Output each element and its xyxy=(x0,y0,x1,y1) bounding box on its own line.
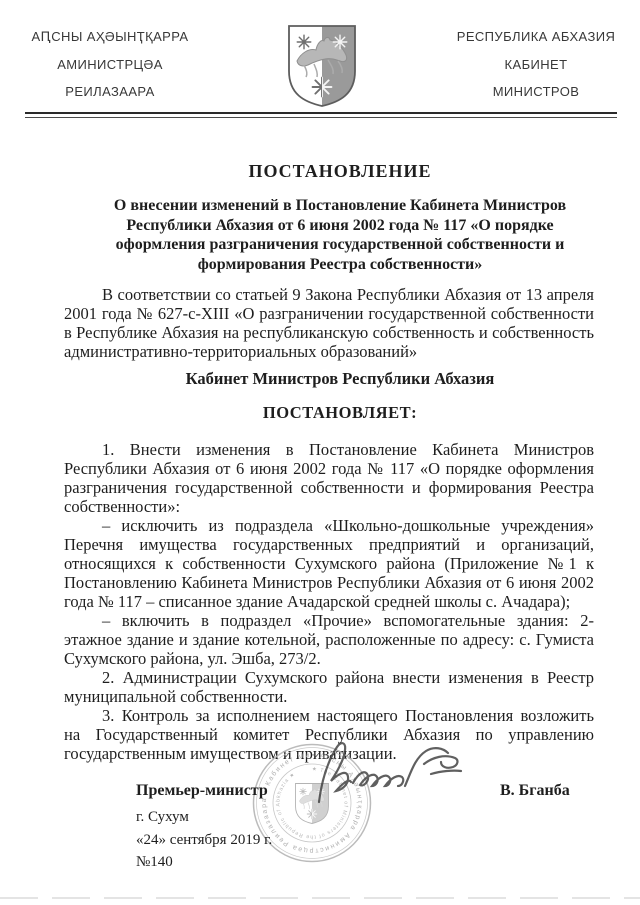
signer-name: В. Бганба xyxy=(500,782,570,800)
resolution-item-1b: – включить в подраздел «Прочие» вспомога… xyxy=(64,611,594,668)
signature-scribble xyxy=(293,726,478,816)
letterhead-abkhazian: АԤСНЫ АҲӘЫНҬҚАРРА АМИНИСТРЦӘА РЕИЛАЗААРА xyxy=(22,29,198,112)
preamble-paragraph: В соответствии со статьей 9 Закона Респу… xyxy=(64,285,594,361)
resolution-item-2: 2. Администрации Сухумского района внест… xyxy=(64,668,594,706)
decree-number: №140 xyxy=(136,854,173,871)
letterhead-russian: РЕСПУБЛИКА АБХАЗИЯ КАБИНЕТ МИНИСТРОВ xyxy=(448,29,624,112)
resolution-item-1: 1. Внести изменения в Постановление Каби… xyxy=(64,440,594,516)
resolution-items: 1. Внести изменения в Постановление Каби… xyxy=(64,440,594,763)
letterhead-line: РЕИЛАЗААРА xyxy=(22,84,198,99)
document-title: ПОСТАНОВЛЕНИЕ xyxy=(40,161,640,182)
issue-place: г. Сухум xyxy=(136,809,189,826)
letterhead-line: АМИНИСТРЦӘА xyxy=(22,57,198,72)
resolution-item-1a: – исключить из подраздела «Школьно-дошко… xyxy=(64,516,594,611)
letterhead-line: АԤСНЫ АҲӘЫНҬҚАРРА xyxy=(22,29,198,44)
document-subject: О внесении изменений в Постановление Каб… xyxy=(97,196,583,274)
scan-artifact-edge xyxy=(0,897,640,899)
abkhazia-coat-of-arms-icon xyxy=(284,23,360,107)
issuer-line: Кабинет Министров Республики Абхазия xyxy=(40,369,640,389)
letterhead-line: КАБИНЕТ xyxy=(448,57,624,72)
document-page: АԤСНЫ АҲӘЫНҬҚАРРА АМИНИСТРЦӘА РЕИЛАЗААРА… xyxy=(0,0,640,905)
letterhead-line: МИНИСТРОВ xyxy=(448,84,624,99)
letterhead-line: РЕСПУБЛИКА АБХАЗИЯ xyxy=(448,29,624,44)
header-divider xyxy=(25,112,617,118)
resolve-word: ПОСТАНОВЛЯЕТ: xyxy=(40,403,640,423)
signer-position: Премьер-министр xyxy=(136,782,268,800)
issue-date: «24» сентября 2019 г. xyxy=(136,832,272,849)
